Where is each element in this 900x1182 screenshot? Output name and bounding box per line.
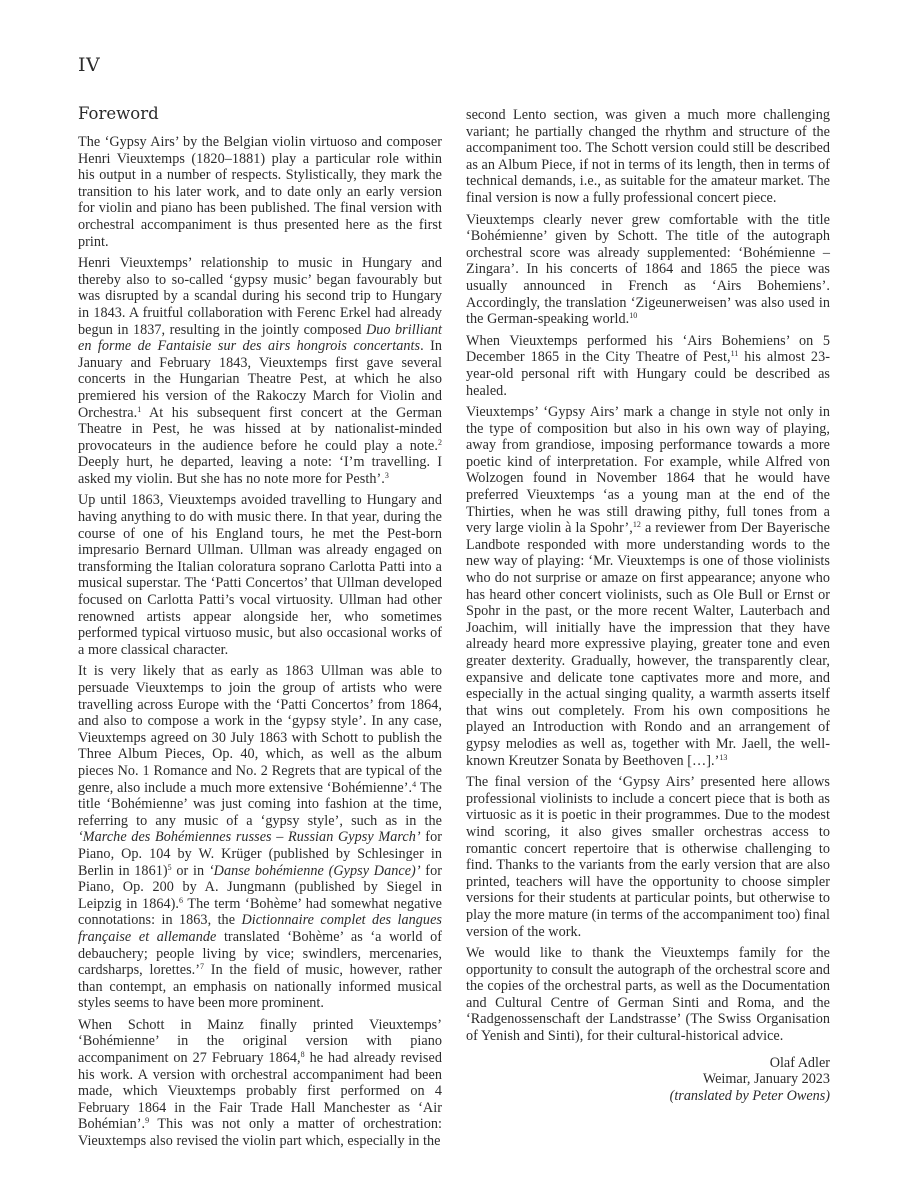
page-number: IV — [78, 54, 100, 76]
right-paragraphs: second Lento section, was given a much m… — [466, 107, 830, 1045]
footnote-marker: 13 — [719, 753, 727, 762]
paragraph: Up until 1863, Vieuxtemps avoided travel… — [78, 492, 442, 658]
text-run: a reviewer from Der Bayerische Landbote … — [466, 520, 830, 768]
paragraph: Vieuxtemps clearly never grew comfortabl… — [466, 212, 830, 328]
paragraph: The final version of the ‘Gypsy Airs’ pr… — [466, 774, 830, 940]
text-run: Vieuxtemps’ ‘Gypsy Airs’ mark a change i… — [466, 404, 830, 536]
italic-title: ‘Danse bohémienne (Gypsy Dance)’ — [209, 863, 421, 879]
signature-translator: (translated by Peter Owens) — [466, 1088, 830, 1105]
right-column: second Lento section, was given a much m… — [466, 107, 830, 1104]
footnote-marker: 2 — [438, 438, 442, 447]
paragraph: The ‘Gypsy Airs’ by the Belgian violin v… — [78, 134, 442, 250]
footnote-marker: 10 — [629, 311, 637, 320]
foreword-title: Foreword — [78, 104, 442, 124]
paragraph: Henri Vieuxtemps’ relationship to music … — [78, 255, 442, 487]
italic-title: ‘Marche des Bohémiennes russes – Russian… — [78, 829, 421, 845]
left-column: Foreword The ‘Gypsy Airs’ by the Belgian… — [78, 104, 442, 1155]
text-run: It is very likely that as early as 1863 … — [78, 663, 442, 795]
paragraph: When Vieuxtemps performed his ‘Airs Bohe… — [466, 333, 830, 399]
paragraph: When Schott in Mainz finally printed Vie… — [78, 1017, 442, 1150]
text-run: Vieuxtemps clearly never grew comfortabl… — [466, 212, 830, 328]
footnote-marker: 12 — [633, 520, 641, 529]
footnote-marker: 3 — [385, 471, 389, 480]
paragraph: It is very likely that as early as 1863 … — [78, 663, 442, 1011]
paragraph: second Lento section, was given a much m… — [466, 107, 830, 207]
text-run: or in — [172, 863, 209, 879]
paragraph: We would like to thank the Vieuxtemps fa… — [466, 945, 830, 1045]
paragraph: Vieuxtemps’ ‘Gypsy Airs’ mark a change i… — [466, 404, 830, 769]
signature-author: Olaf Adler — [466, 1055, 830, 1072]
signature-place-date: Weimar, January 2023 — [466, 1071, 830, 1088]
left-paragraphs: The ‘Gypsy Airs’ by the Belgian violin v… — [78, 134, 442, 1150]
signature-block: Olaf Adler Weimar, January 2023 (transla… — [466, 1055, 830, 1105]
